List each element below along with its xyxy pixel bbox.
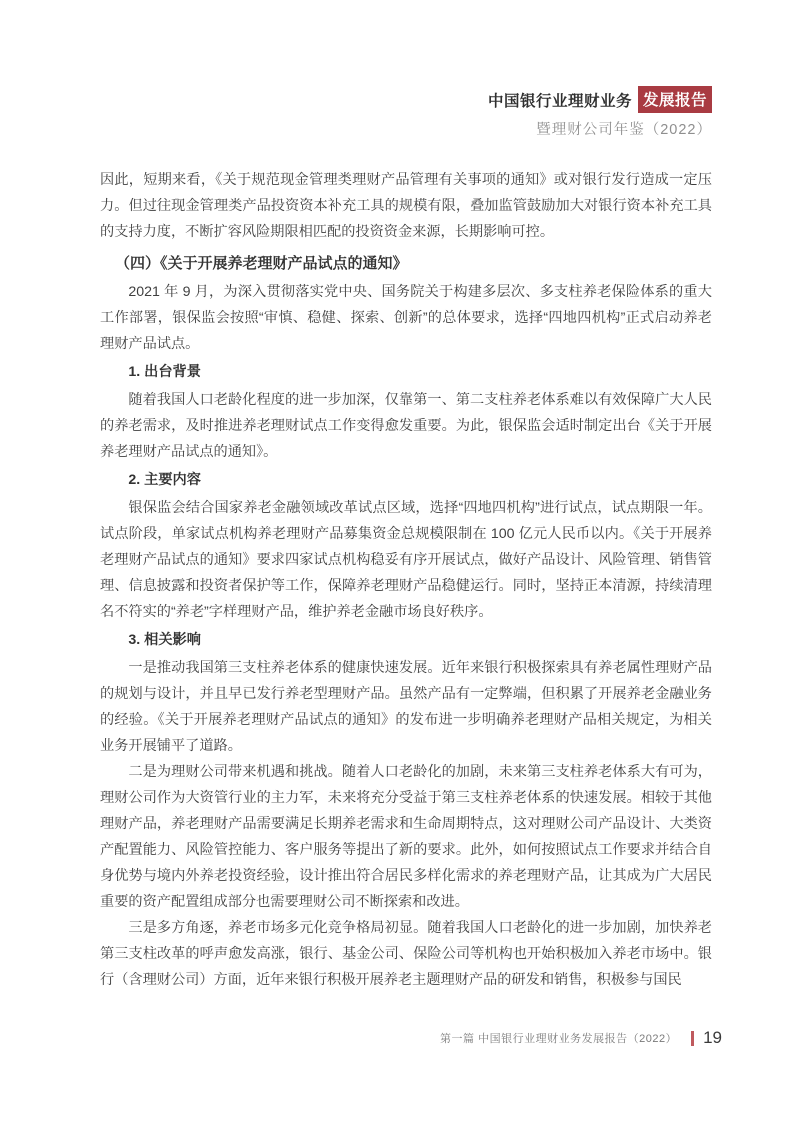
- paragraph-impact-second: 二是为理财公司带来机遇和挑战。随着人口老龄化的加剧，未来第三支柱养老体系大有可为…: [100, 759, 712, 915]
- header-title-line: 中国银行业理财业务 发展报告: [488, 86, 712, 113]
- document-body: 因此，短期来看，《关于规范现金管理类理财产品管理有关事项的通知》或对银行发行造成…: [100, 167, 712, 993]
- header-subtitle: 暨理财公司年鉴（2022）: [488, 118, 712, 139]
- document-page: 中国银行业理财业务 发展报告 暨理财公司年鉴（2022） 因此，短期来看，《关于…: [0, 0, 793, 1122]
- header-title-badge: 发展报告: [638, 86, 712, 113]
- footer-page-number: 19: [703, 1028, 722, 1048]
- page-header: 中国银行业理财业务 发展报告 暨理财公司年鉴（2022）: [488, 86, 712, 139]
- footer-chapter-title: 第一篇 中国银行业理财业务发展报告（2022）: [440, 1030, 677, 1046]
- sub-heading-2-main-content: 2. 主要内容: [100, 467, 712, 493]
- paragraph-cash-management-impact: 因此，短期来看，《关于规范现金管理类理财产品管理有关事项的通知》或对银行发行造成…: [100, 167, 712, 245]
- paragraph-pilot-launch-2021: 2021 年 9 月，为深入贯彻落实党中央、国务院关于构建多层次、多支柱养老保险…: [100, 279, 712, 357]
- section-heading-4-pension-pilot-notice: （四）《关于开展养老理财产品试点的通知》: [100, 251, 712, 277]
- footer-divider-bar: [691, 1031, 694, 1046]
- header-title-main: 中国银行业理财业务: [488, 89, 632, 111]
- sub-heading-1-background: 1. 出台背景: [100, 359, 712, 385]
- page-footer: 第一篇 中国银行业理财业务发展报告（2022） 19: [440, 1028, 722, 1048]
- paragraph-background-aging: 随着我国人口老龄化程度的进一步加深，仅靠第一、第二支柱养老体系难以有效保障广大人…: [100, 387, 712, 465]
- sub-heading-3-related-impact: 3. 相关影响: [100, 627, 712, 653]
- paragraph-impact-third: 三是多方角逐，养老市场多元化竞争格局初显。随着我国人口老龄化的进一步加剧，加快养…: [100, 915, 712, 993]
- paragraph-impact-first: 一是推动我国第三支柱养老体系的健康快速发展。近年来银行积极探索具有养老属性理财产…: [100, 655, 712, 759]
- paragraph-main-content-pilot-rules: 银保监会结合国家养老金融领域改革试点区域，选择“四地四机构”进行试点，试点期限一…: [100, 495, 712, 625]
